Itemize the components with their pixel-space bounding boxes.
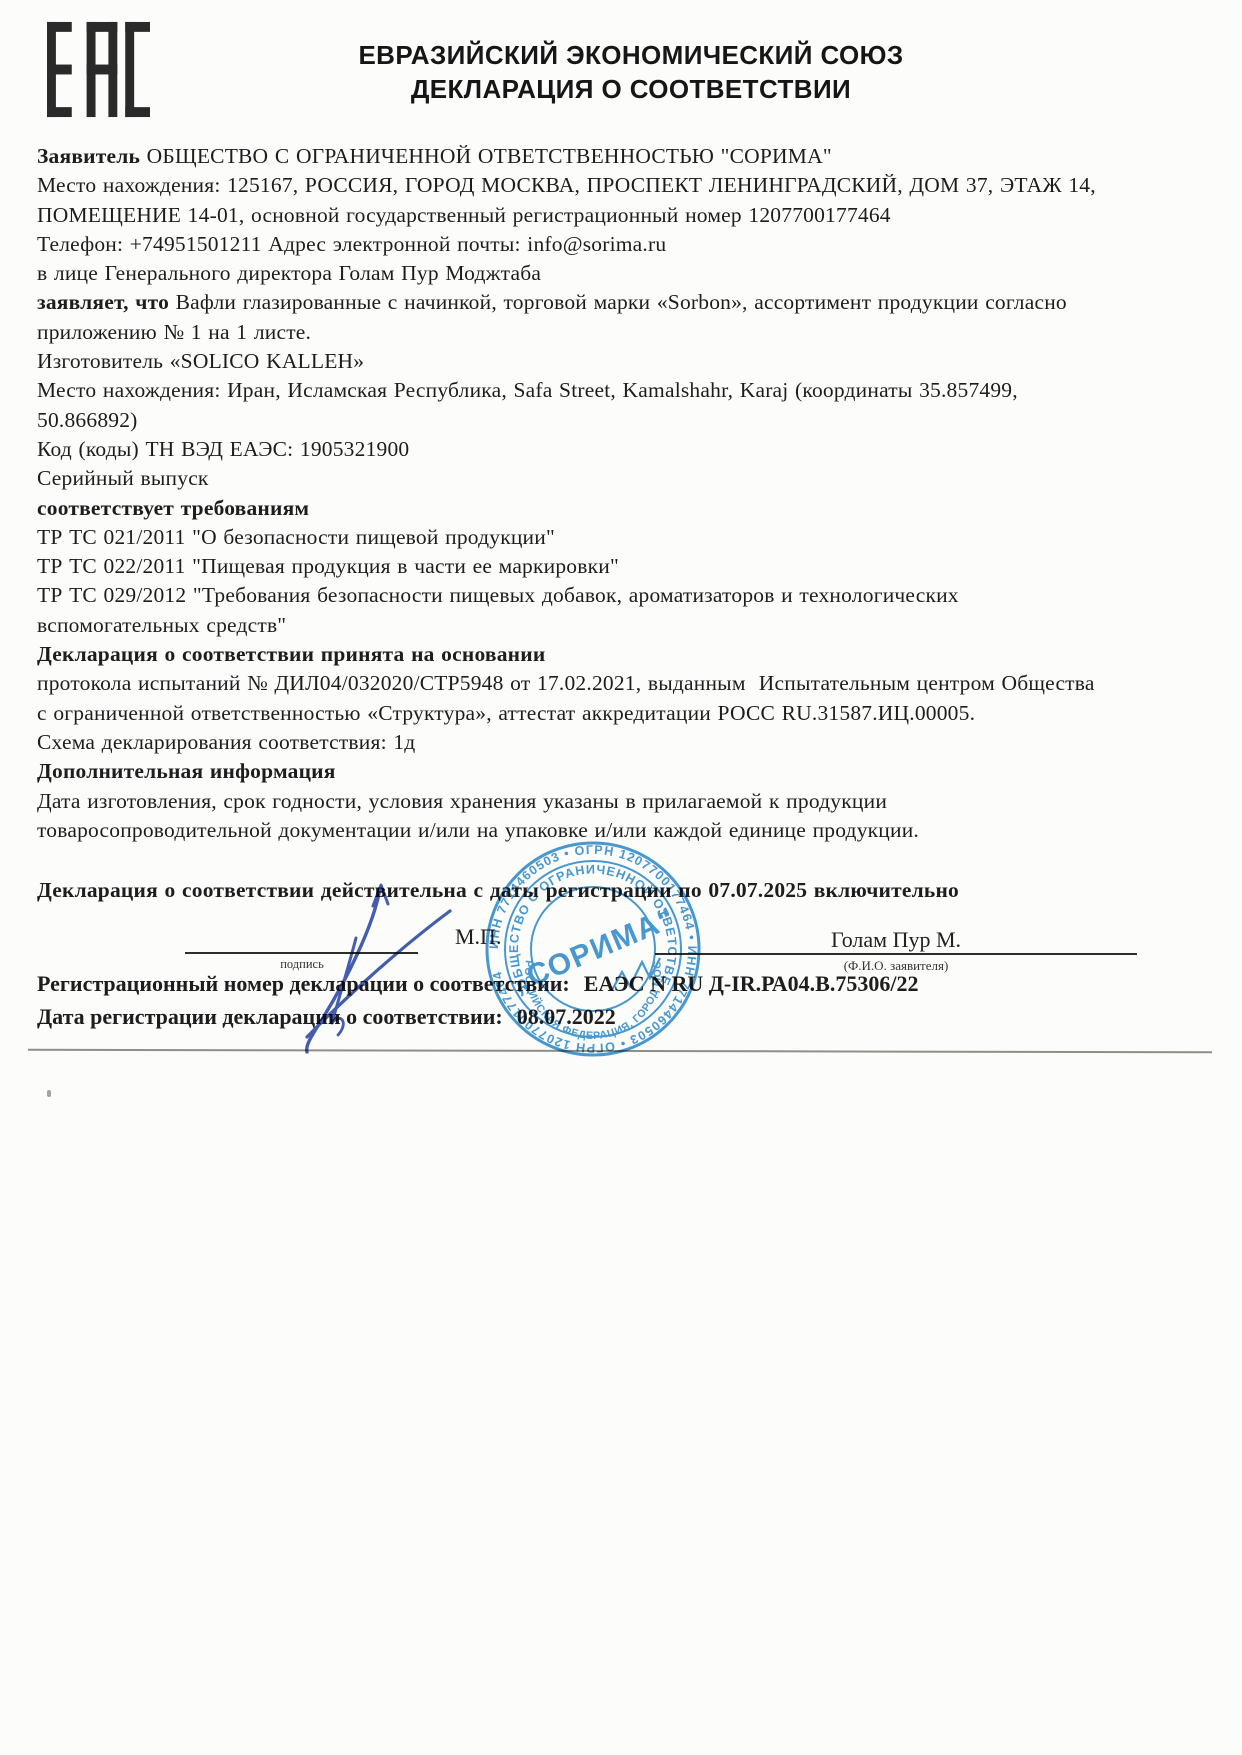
document-line: Заявитель ОБЩЕСТВО С ОГРАНИЧЕННОЙ ОТВЕТС… — [37, 142, 1222, 171]
document-line: с ограниченной ответственностью «Структу… — [37, 699, 1222, 728]
document-line: Серийный выпуск — [37, 464, 1222, 493]
document-line: Схема декларирования соответствия: 1д — [37, 728, 1222, 757]
document-body: Заявитель ОБЩЕСТВО С ОГРАНИЧЕННОЙ ОТВЕТС… — [37, 142, 1222, 845]
document-line: 50.866892) — [37, 406, 1222, 435]
declaration-document-page: ЕВРАЗИЙСКИЙ ЭКОНОМИЧЕСКИЙ СОЮЗ ДЕКЛАРАЦИ… — [0, 0, 1242, 1755]
document-header: ЕВРАЗИЙСКИЙ ЭКОНОМИЧЕСКИЙ СОЮЗ ДЕКЛАРАЦИ… — [20, 38, 1242, 106]
document-line: в лице Генерального директора Голам Пур … — [37, 259, 1222, 288]
applicant-name-line — [655, 953, 1137, 955]
scan-artifact — [47, 1090, 51, 1097]
document-line: Дата изготовления, срок годности, услови… — [37, 787, 1222, 816]
document-line: Место нахождения: Иран, Исламская Респуб… — [37, 376, 1222, 405]
document-line: соответствует требованиям — [37, 494, 1222, 523]
document-line: ТР ТС 029/2012 "Требования безопасности … — [37, 581, 1222, 610]
document-line: Код (коды) ТН ВЭД ЕАЭС: 1905321900 — [37, 435, 1222, 464]
document-line: ПОМЕЩЕНИЕ 14-01, основной государственны… — [37, 201, 1222, 230]
applicant-name: Голам Пур М. — [655, 927, 1137, 953]
document-line: приложению № 1 на 1 листе. — [37, 318, 1222, 347]
union-title: ЕВРАЗИЙСКИЙ ЭКОНОМИЧЕСКИЙ СОЮЗ — [20, 38, 1242, 72]
document-title: ДЕКЛАРАЦИЯ О СООТВЕТСТВИИ — [20, 72, 1242, 106]
document-line: заявляет, что Вафли глазированные с начи… — [37, 288, 1222, 317]
document-line: Изготовитель «SOLICO KALLEH» — [37, 347, 1222, 376]
document-line: ТР ТС 022/2011 "Пищевая продукция в част… — [37, 552, 1222, 581]
document-line: протокола испытаний № ДИЛ04/032020/СТР59… — [37, 669, 1222, 698]
document-line: вспомогательных средств" — [37, 611, 1222, 640]
document-line: Место нахождения: 125167, РОССИЯ, ГОРОД … — [37, 171, 1222, 200]
document-line: Дополнительная информация — [37, 757, 1222, 786]
document-line: Телефон: +74951501211 Адрес электронной … — [37, 230, 1222, 259]
company-stamp: ИНН 7714460503 • ОГРН 1207700177464 • ИН… — [482, 838, 704, 1060]
document-line: ТР ТС 021/2011 "О безопасности пищевой п… — [37, 523, 1222, 552]
handwritten-signature — [228, 853, 490, 1065]
document-line: Декларация о соответствии принята на осн… — [37, 640, 1222, 669]
